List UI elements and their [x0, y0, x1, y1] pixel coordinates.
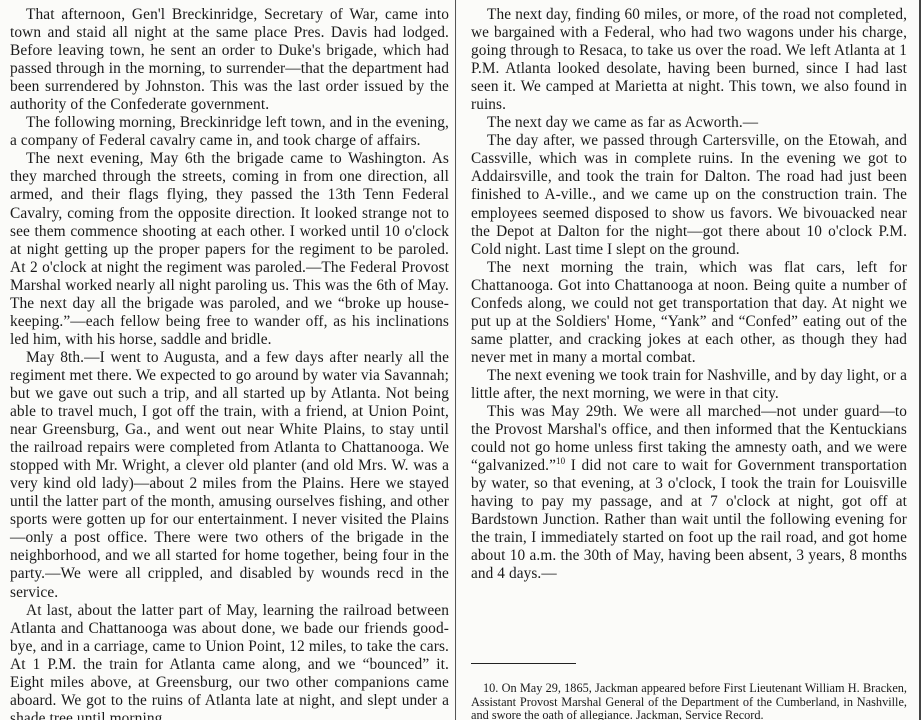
footnote-divider: [471, 663, 576, 664]
right-page: The next day, finding 60 miles, or more,…: [457, 0, 921, 720]
paragraph: May 8th.—I went to Augusta, and a few da…: [10, 349, 449, 602]
paragraph: The next morning the train, which was fl…: [471, 259, 907, 367]
paragraph: The day after, we passed through Carters…: [471, 132, 907, 258]
paragraph: That afternoon, Gen'l Breckinridge, Secr…: [10, 6, 449, 114]
left-page: That afternoon, Gen'l Breckinridge, Secr…: [0, 0, 456, 720]
paragraph: The following morning, Breckinridge left…: [10, 114, 449, 150]
paragraph: The next evening, May 6th the brigade ca…: [10, 150, 449, 349]
paragraph: The next day we came as far as Acworth.—: [471, 114, 907, 132]
paragraph-text: I did not care to wait for Government tr…: [471, 457, 907, 582]
paragraph: The next day, finding 60 miles, or more,…: [471, 6, 907, 114]
paragraph: The next evening we took train for Nashv…: [471, 367, 907, 403]
paragraph-with-footnote: This was May 29th. We were all marched—n…: [471, 403, 907, 583]
footnote-reference[interactable]: 10: [556, 456, 565, 466]
paragraph: At last, about the latter part of May, l…: [10, 602, 449, 720]
footnote: 10. On May 29, 1865, Jackman appeared be…: [471, 682, 907, 720]
